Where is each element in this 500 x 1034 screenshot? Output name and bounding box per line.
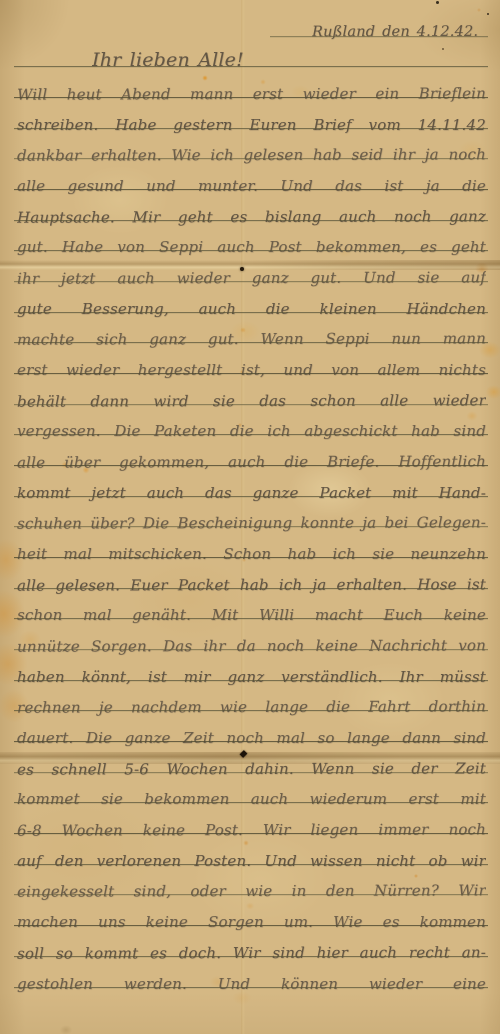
- letter-line: haben könnt, ist mir ganz verständlich. …: [0, 650, 500, 681]
- handwriting-text: gestohlen werden. Und können wieder eine: [17, 975, 486, 993]
- letter-line: vergessen. Die Paketen die ich abgeschic…: [0, 405, 500, 436]
- letter-page: Rußland den 4.12.42. Ihr lieben Alle! Wi…: [0, 0, 500, 1034]
- letter-line: Hauptsache. Mir geht es bislang auch noc…: [0, 190, 500, 221]
- letter-line: behält dann wird sie das schon alle wied…: [0, 374, 500, 405]
- letter-line: dauert. Die ganze Zeit noch mal so lange…: [0, 711, 500, 742]
- ruled-line: [14, 987, 488, 988]
- letter-line: schon mal genäht. Mit Willi macht Euch k…: [0, 589, 500, 620]
- letter-line: alle über gekommen, auch die Briefe. Hof…: [0, 435, 500, 466]
- letter-line: gute Besserung, auch die kleinen Händche…: [0, 282, 500, 313]
- dateline-row: Rußland den 4.12.42.: [0, 6, 500, 37]
- letter-line: soll so kommt es doch. Wir sind hier auc…: [0, 926, 500, 957]
- letter-line: dankbar erhalten. Wie ich gelesen hab se…: [0, 129, 500, 160]
- letter-line: es schnell 5-6 Wochen dahin. Wenn sie de…: [0, 742, 500, 773]
- letter-line: Will heut Abend mann erst wieder ein Bri…: [0, 67, 500, 98]
- letter-content: Rußland den 4.12.42. Ihr lieben Alle! Wi…: [0, 0, 500, 988]
- letter-line: kommet sie bekommen auch wiederum erst m…: [0, 773, 500, 804]
- letter-line: machte sich ganz gut. Wenn Seppi nun man…: [0, 313, 500, 344]
- letter-line: machen uns keine Sorgen um. Wie es komme…: [0, 895, 500, 926]
- letter-line: alle gesund und munter. Und das ist ja d…: [0, 159, 500, 190]
- letter-line: kommt jetzt auch das ganze Packet mit Ha…: [0, 466, 500, 497]
- letter-line: erst wieder hergestellt ist, und von all…: [0, 343, 500, 374]
- letter-line: gut. Habe von Seppi auch Post bekommen, …: [0, 221, 500, 252]
- letter-line: gestohlen werden. Und können wieder eine: [0, 957, 500, 988]
- letter-line: unnütze Sorgen. Das ihr da noch keine Na…: [0, 619, 500, 650]
- letter-line: schuhen über? Die Bescheinigung konnte j…: [0, 497, 500, 528]
- letter-line: heit mal mitschicken. Schon hab ich sie …: [0, 527, 500, 558]
- letter-line: alle gelesen. Euer Packet hab ich ja erh…: [0, 558, 500, 589]
- letter-line: eingekesselt sind, oder wie in den Nürre…: [0, 865, 500, 896]
- letter-line: 6-8 Wochen keine Post. Wir liegen immer …: [0, 803, 500, 834]
- letter-line: auf den verlorenen Posten. Und wissen ni…: [0, 834, 500, 865]
- letter-line: rechnen je nachdem wie lange die Fahrt d…: [0, 681, 500, 712]
- salutation-row: Ihr lieben Alle!: [0, 37, 500, 68]
- letter-line: schreiben. Habe gestern Euren Brief vom …: [0, 98, 500, 129]
- letter-line: ihr jetzt auch wieder ganz gut. Und sie …: [0, 251, 500, 282]
